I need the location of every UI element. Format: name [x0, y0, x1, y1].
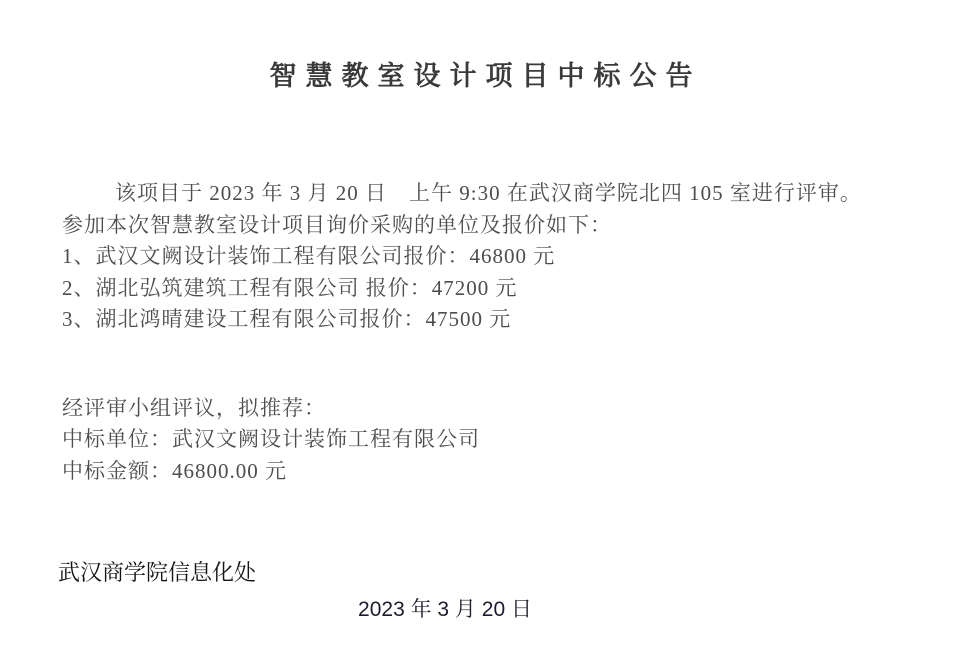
- bidder-line-3: 3、湖北鸿晴建设工程有限公司报价：47500 元: [62, 304, 924, 336]
- issue-date: 2023 年 3 月 20 日: [0, 596, 890, 623]
- document-body: 该项目于 2023 年 3 月 20 日 上午 9:30 在武汉商学院北四 10…: [62, 178, 924, 487]
- bidder-line-1: 1、武汉文阙设计装饰工程有限公司报价：46800 元: [62, 241, 924, 273]
- evaluation-line: 经评审小组评议，拟推荐：: [62, 393, 924, 425]
- intro-line-1: 该项目于 2023 年 3 月 20 日 上午 9:30 在武汉商学院北四 10…: [62, 178, 924, 210]
- section-gap: [62, 336, 924, 393]
- winner-line: 中标单位：武汉文阙设计装饰工程有限公司: [62, 424, 924, 456]
- document-title: 智慧教室设计项目中标公告: [0, 0, 962, 94]
- issuer-name: 武汉商学院信息化处: [58, 559, 962, 586]
- document-footer: 武汉商学院信息化处 2023 年 3 月 20 日: [0, 559, 962, 623]
- amount-line: 中标金额：46800.00 元: [62, 456, 924, 488]
- announcement-document: 智慧教室设计项目中标公告 该项目于 2023 年 3 月 20 日 上午 9:3…: [0, 0, 962, 670]
- bidder-line-2: 2、湖北弘筑建筑工程有限公司 报价：47200 元: [62, 273, 924, 305]
- intro-line-2: 参加本次智慧教室设计项目询价采购的单位及报价如下：: [62, 210, 924, 242]
